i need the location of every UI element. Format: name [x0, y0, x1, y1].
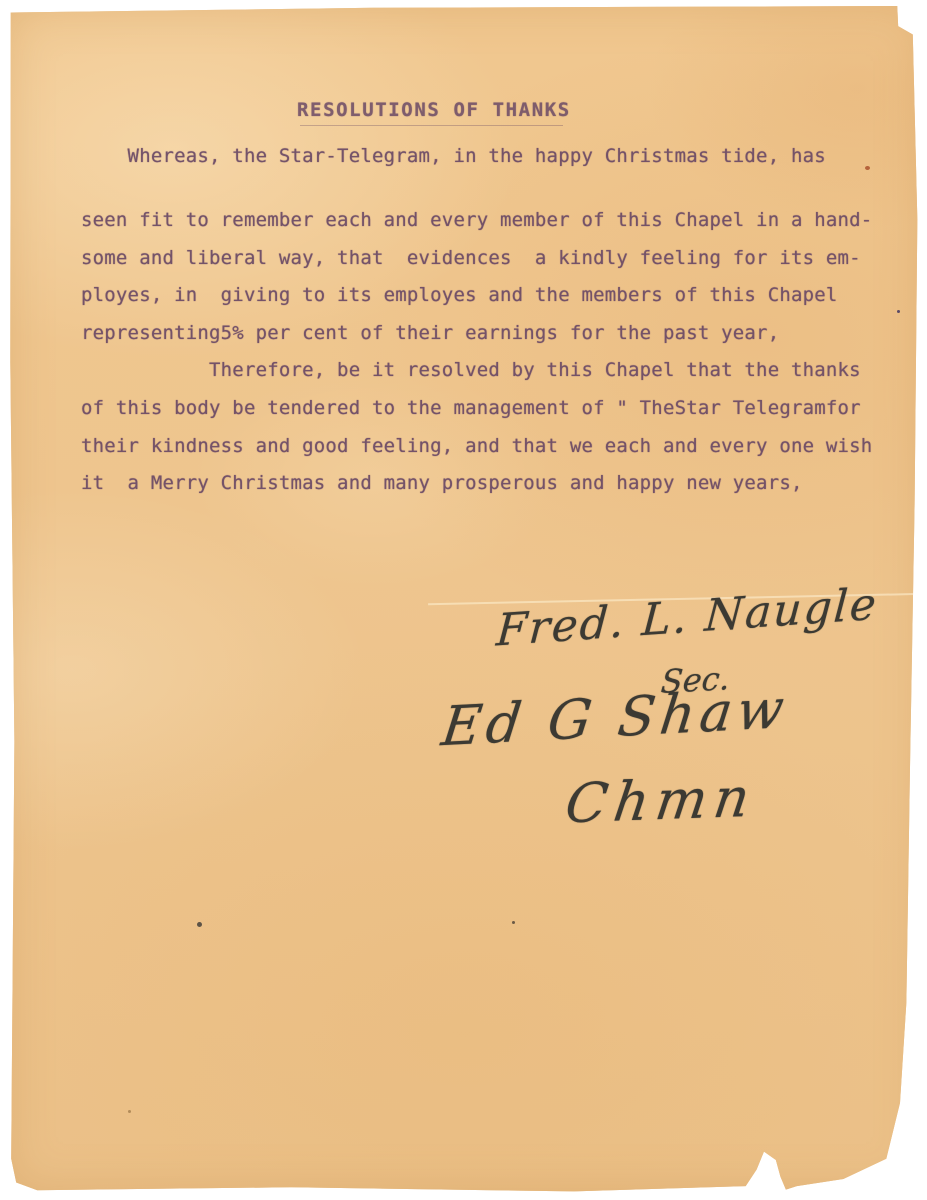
- paper-speck: [197, 922, 202, 927]
- document-paper: RESOLUTIONS OF THANKS Whereas, the Star-…: [8, 6, 921, 1192]
- text-line: ployes, in giving to its employes and th…: [81, 277, 872, 315]
- title-underline: [300, 125, 563, 126]
- signature-secretary: Fred. L. Naugle: [495, 578, 880, 656]
- text-line: seen fit to remember each and every memb…: [81, 202, 872, 240]
- paper-speck: [512, 921, 515, 924]
- text-line: Therefore, be it resolved by this Chapel…: [81, 352, 872, 390]
- document-title: RESOLUTIONS OF THANKS: [297, 99, 571, 121]
- signature-chairman-title: Chmn: [562, 766, 761, 836]
- text-line: it a Merry Christmas and many prosperous…: [81, 465, 872, 503]
- text-line: of this body be tendered to the manageme…: [81, 390, 872, 428]
- scan-background: RESOLUTIONS OF THANKS Whereas, the Star-…: [0, 0, 927, 1200]
- document-body: seen fit to remember each and every memb…: [81, 202, 872, 503]
- paper-speck: [128, 1110, 131, 1113]
- text-line: their kindness and good feeling, and tha…: [81, 428, 872, 466]
- text-line-opening: Whereas, the Star-Telegram, in the happy…: [81, 145, 826, 167]
- text-line: some and liberal way, that evidences a k…: [81, 240, 872, 278]
- text-line: representing5% per cent of their earning…: [81, 315, 872, 353]
- paper-speck: [897, 310, 900, 313]
- paper-speck: [865, 166, 870, 170]
- signature-chairman: Ed G Shaw: [438, 677, 792, 759]
